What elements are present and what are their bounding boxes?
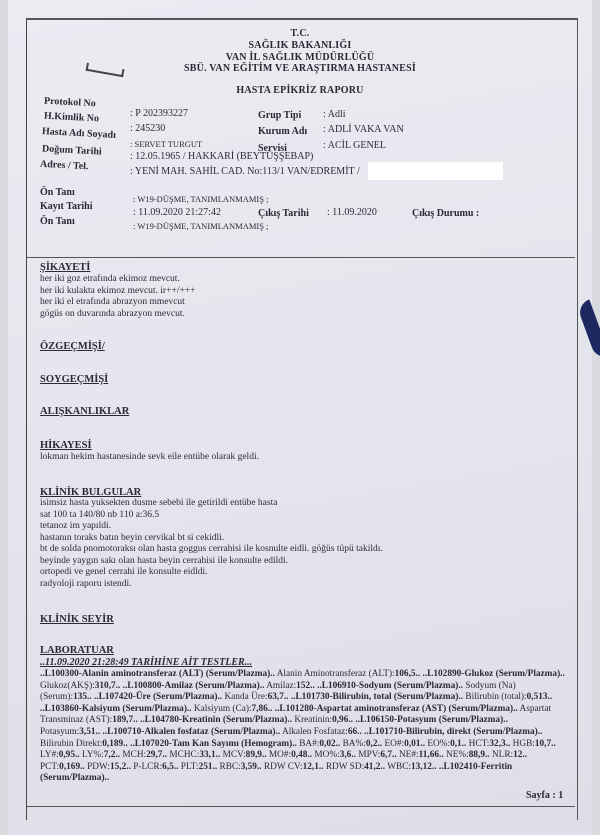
lab-test-name: EO#:	[382, 739, 404, 749]
servis-label: Servisi	[258, 143, 287, 154]
lab-test-name: Kalsiyum (Ca):	[192, 704, 252, 714]
kimlik-value: : 245230	[130, 123, 165, 134]
lab-test-code: ..L107420-Üre (Serum/Plazma)..	[92, 692, 222, 702]
lab-test-name: P-LCR:	[131, 762, 162, 772]
lab-test-name: MCHC:	[167, 750, 199, 760]
lab-test-value: 135..	[73, 692, 92, 702]
lab-test-value: 33,1..	[199, 750, 220, 760]
on-tani2-label: Ön Tanı	[40, 216, 75, 227]
cikis-tarihi-value: : 11.09.2020	[327, 207, 377, 218]
lab-test-value: 11,66..	[419, 750, 444, 760]
lab-test-name: Amilaz:	[264, 681, 296, 691]
report-title: HASTA EPİKRİZ RAPORU	[0, 85, 600, 96]
lab-test-name: PDW:	[85, 762, 110, 772]
lab-test-code: ..L101280-Aspartat aminotransferaz (AST)…	[272, 704, 517, 714]
hasta-adi-value: : SERVET TURGUT	[130, 139, 202, 149]
hikayesi-text: lokman hekim hastanesinde sevk eile entü…	[40, 452, 259, 464]
sikayeti-text: her iki goz etrafında ekimoz mevcut. her…	[40, 274, 196, 320]
on-tani-value: : W19-DÜŞME, TANIMLANMAMIŞ ;	[133, 194, 268, 204]
lab-test-name: NE#:	[397, 750, 419, 760]
lab-date-header: ..11.09.2020 21:28:49 TARİHİNE AİT TESTL…	[40, 657, 252, 668]
kurum-label: Kurum Adı	[258, 126, 307, 137]
lab-test-name: MO#:	[267, 750, 292, 760]
ozgecmis-heading: ÖZGEÇMİŞİ/	[40, 341, 105, 352]
lab-test-value: 6,5..	[162, 762, 178, 772]
adres-value: : YENİ MAH. SAHİL CAD. No:113/1 VAN/EDRE…	[130, 166, 360, 177]
klinik-bulgular-text: isimsiz hasta yuksekten dusme sebebi ile…	[40, 498, 383, 590]
lab-test-value: 189,7..	[112, 715, 138, 725]
lab-test-name: HCT:	[466, 739, 489, 749]
lab-test-code: ..L101730-Bilirubin, total (Serum/Plazma…	[289, 692, 464, 702]
lab-test-code: ..L107020-Tam Kan Sayımı (Hemogram)..	[128, 739, 297, 749]
header-directorate: VAN İL SAĞLIK MÜDÜRLÜĞÜ	[0, 52, 600, 63]
lab-test-value: 7,2..	[104, 750, 120, 760]
lab-test-code: ..L100300-Alanin aminotransferaz (ALT) (…	[40, 669, 275, 679]
lab-test-value: 0,513..	[527, 692, 553, 702]
lab-test-name: Kanda Üre:	[222, 692, 267, 702]
on-tani2-value: : W19-DÜŞME, TANIMLANMAMIŞ ;	[133, 221, 268, 231]
soygecmis-heading: SOYGEÇMİŞİ	[40, 374, 108, 385]
lab-test-value: 15,2..	[110, 762, 131, 772]
lab-test-value: 0,02..	[319, 739, 340, 749]
lab-test-value: 251..	[199, 762, 218, 772]
lab-test-value: 3,6..	[340, 750, 356, 760]
lab-test-value: 7,86..	[252, 704, 273, 714]
lab-test-code: ..L106150-Potasyum (Serum/Plazma)..	[353, 715, 508, 725]
lab-test-name: Alanin Aminotransferaz (ALT):	[275, 669, 395, 679]
lab-test-name: RDW CV:	[262, 762, 303, 772]
klinik-seyir-heading: KLİNİK SEYİR	[40, 614, 114, 625]
lab-test-value: 89,9..	[246, 750, 267, 760]
section-divider	[27, 257, 575, 258]
lab-test-name: RDW SD:	[324, 762, 365, 772]
lab-test-value: 88,9..	[469, 750, 490, 760]
lab-test-code: ..L103860-Kalsiyum (Serum/Plazma)..	[40, 704, 192, 714]
lab-test-name: Bilirubin Direkt:	[40, 739, 102, 749]
lab-test-name: LY%:	[80, 750, 104, 760]
lab-test-value: 0,1..	[450, 739, 466, 749]
lab-test-code: ..L101710-Bilirubin, direkt (Serum/Plazm…	[362, 727, 543, 737]
lab-test-name: LY#:	[40, 750, 59, 760]
kayit-value: : 11.09.2020 21:27:42	[133, 207, 221, 218]
lab-test-name: RBC:	[217, 762, 241, 772]
protokol-value: : P 202393227	[130, 108, 188, 119]
lab-test-value: 6,7..	[380, 750, 396, 760]
lab-results: ..L100300-Alanin aminotransferaz (ALT) (…	[40, 669, 568, 785]
lab-test-code: ..L100800-Amilaz (Serum/Plazma)..	[120, 681, 264, 691]
lab-test-value: 310,7..	[95, 681, 121, 691]
lab-test-name: NE%:	[444, 750, 469, 760]
lab-test-name: MCV:	[220, 750, 245, 760]
lab-test-value: 12..	[513, 750, 527, 760]
sikayeti-heading: ŞİKAYETİ	[40, 262, 90, 273]
lab-test-value: 32,3..	[489, 739, 510, 749]
lab-test-value: 0,169..	[59, 762, 85, 772]
on-tani-label: Ön Tanı	[40, 187, 75, 198]
cikis-tarihi-label: Çıkış Tarihi	[258, 208, 309, 219]
lab-test-value: 29,7..	[146, 750, 167, 760]
lab-test-name: WBC:	[385, 762, 411, 772]
lab-test-value: 0,189..	[102, 739, 128, 749]
lab-test-value: 12,1..	[303, 762, 324, 772]
lab-test-value: 3,51..	[79, 727, 100, 737]
lab-test-value: 0,01..	[404, 739, 425, 749]
lab-test-name: PLT:	[178, 762, 198, 772]
redacted-phone	[368, 162, 503, 180]
header-hospital: SBÜ. VAN EĞİTİM VE ARAŞTIRMA HASTANESİ	[0, 63, 600, 74]
lab-test-value: 10,7..	[535, 739, 556, 749]
lab-test-value: 63,7..	[268, 692, 289, 702]
header-ministry: SAĞLIK BAKANLIĞI	[0, 40, 600, 51]
lab-test-value: 0,48..	[291, 750, 312, 760]
lab-test-code: ..L106910-Sodyum (Serum/Plazma)..	[315, 681, 463, 691]
lab-test-name: Bilirubin (total):	[463, 692, 527, 702]
aliskanliklar-heading: ALIŞKANLIKLAR	[40, 406, 129, 417]
hikayesi-heading: HİKAYESİ	[40, 440, 92, 451]
bottom-divider	[27, 806, 575, 807]
lab-test-name: MO%:	[312, 750, 340, 760]
grup-value: : Adli	[323, 109, 346, 120]
kayit-label: Kayıt Tarihi	[40, 201, 93, 212]
lab-test-code: ..L102890-Glukoz (Serum/Plazma)..	[420, 669, 565, 679]
lab-test-name: Glukoz(AKŞ):	[40, 681, 95, 691]
lab-test-name: NLR:	[490, 750, 514, 760]
lab-test-value: 0,95..	[59, 750, 80, 760]
lab-test-value: 3,59..	[241, 762, 262, 772]
lab-test-name: BA#:	[297, 739, 319, 749]
page-number: Sayfa : 1	[526, 790, 563, 801]
lab-test-name: MCH:	[120, 750, 146, 760]
lab-test-name: EO%:	[425, 739, 450, 749]
klinik-bulgular-heading: KLİNİK BULGULAR	[40, 487, 141, 498]
lab-test-value: 152..	[296, 681, 315, 691]
lab-test-code: ..L104780-Kreatinin (Serum/Plazma)..	[138, 715, 292, 725]
lab-test-name: Potasyum:	[40, 727, 79, 737]
lab-test-code: ..L100710-Alkalen fosfataz (Serum/Plazma…	[100, 727, 280, 737]
laboratuar-heading: LABORATUAR	[40, 645, 114, 656]
lab-test-value: 41,2..	[364, 762, 385, 772]
lab-test-value: 0,96..	[332, 715, 353, 725]
lab-test-name: Kreatinin:	[292, 715, 332, 725]
header-tc: T.C.	[0, 28, 600, 39]
lab-test-value: 106,5..	[395, 669, 421, 679]
kurum-value: : ADLİ VAKA VAN	[323, 124, 404, 135]
lab-test-name: MPV:	[356, 750, 380, 760]
lab-test-value: 66..	[348, 727, 362, 737]
lab-test-name: Alkalen Fosfataz:	[280, 727, 348, 737]
lab-test-name: HGB:	[510, 739, 535, 749]
lab-test-name: PCT:	[40, 762, 59, 772]
cikis-durumu-label: Çıkış Durumu :	[412, 208, 479, 219]
lab-test-value: 13,12..	[411, 762, 437, 772]
grup-label: Grup Tipi	[258, 110, 301, 121]
servis-value: : ACİL GENEL	[323, 140, 386, 151]
lab-test-name: BA%:	[340, 739, 366, 749]
lab-test-value: 0,2..	[366, 739, 382, 749]
